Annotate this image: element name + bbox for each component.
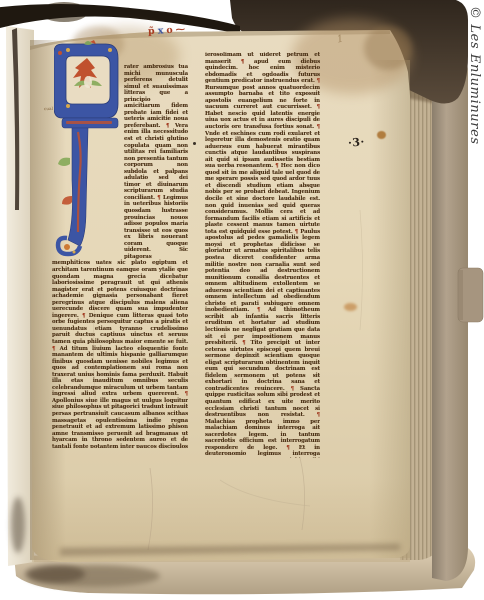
text-column-left: rater ambrosius tua michi munuscula perf… (52, 64, 188, 448)
ink-spot (193, 142, 196, 145)
copyright-watermark: © Les Enluminures (467, 6, 482, 166)
quire-mark: ·3· (347, 135, 365, 149)
running-title-red-right: o⁓ (166, 24, 188, 36)
manuscript-photo: rater ambrosius tua michi munuscula perf… (0, 0, 484, 600)
rust-stain (344, 303, 357, 311)
rust-spot (377, 131, 386, 139)
column-right-text: ierosolimam ut uideret petrum et manseri… (205, 52, 320, 458)
initial-wrap-spacer (52, 64, 124, 254)
running-title-red-left: p̃ (148, 26, 158, 37)
marginal-gloss: cual (44, 106, 53, 111)
text-column-right: ierosolimam ut uideret petrum et manseri… (205, 52, 320, 458)
left-flyleaf (6, 26, 34, 566)
